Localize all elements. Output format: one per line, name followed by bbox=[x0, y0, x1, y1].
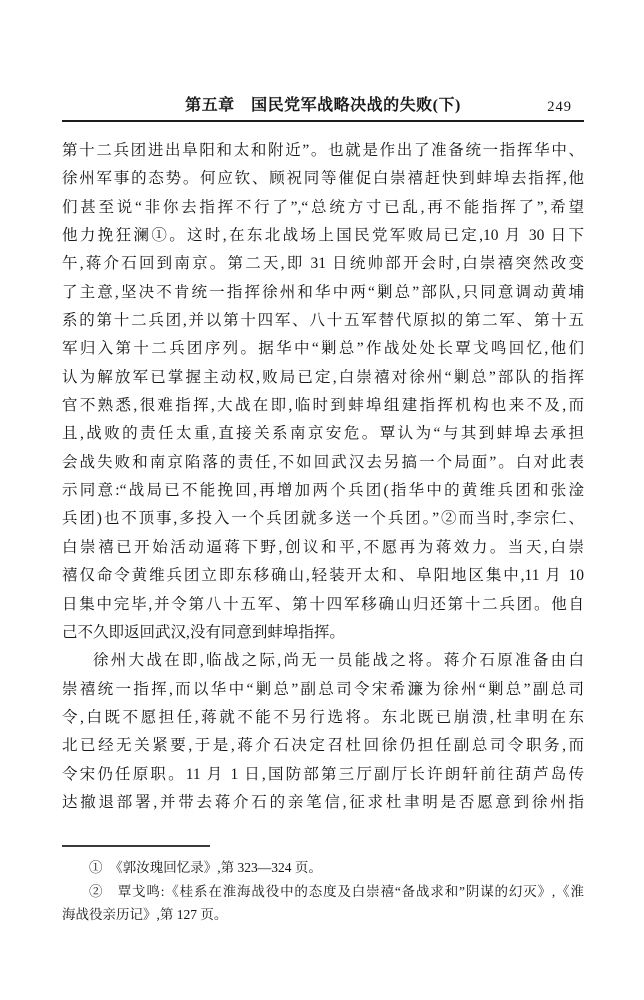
body-line: 第十二兵团进出阜阳和太和附近”。也就是作出了准备统一指挥华中、 bbox=[62, 137, 584, 165]
body-line: 禧仅命令黄维兵团立即东移确山,轻装开太和、阜阳地区集中,11 月 10 bbox=[62, 562, 584, 590]
book-page: 第五章 国民党军战略决战的失败(下) 249 第十二兵团进出阜阳和太和附近”。也… bbox=[0, 0, 644, 1000]
header-rule bbox=[62, 120, 584, 122]
body-line paragraph-end: 己不久即返回武汉,没有同意到蚌埠指挥。 bbox=[62, 619, 584, 647]
chapter-title: 第五章 国民党军战略决战的失败(下) bbox=[62, 94, 584, 118]
body-line: 了主意,坚决不肯统一指挥徐州和华中两“剿总”部队,只同意调动黄埔 bbox=[62, 279, 584, 307]
footnote-line: ② 覃戈鸣:《桂系在淮海战役中的态度及白崇禧“备战求和”阴谋的幻灭》,《淮 bbox=[62, 880, 584, 904]
body-line: 令宋仍任原职。11 月 1 日,国防部第三厅副厅长许朗轩前往葫芦岛传 bbox=[62, 761, 584, 789]
body-line: 示同意:“战局已不能挽回,再增加两个兵团(指华中的黄维兵团和张淦 bbox=[62, 477, 584, 505]
body-line: 达撤退部署,并带去蒋介石的亲笔信,征求杜聿明是否愿意到徐州指 bbox=[62, 789, 584, 817]
body-line: 官不熟悉,很难指挥,大战在即,临时到蚌埠组建指挥机构也来不及,而 bbox=[62, 392, 584, 420]
body-line: 徐州军事的态势。何应钦、顾祝同等催促白崇禧赶快到蚌埠去指挥,他 bbox=[62, 165, 584, 193]
footnotes: ① 《郭汝瑰回忆录》,第 323—324 页。 ② 覃戈鸣:《桂系在淮海战役中的… bbox=[62, 856, 584, 927]
footnote-separator bbox=[62, 845, 210, 847]
body-line: 他力挽狂澜①。这时,在东北战场上国民党军败局已定,10 月 30 日下 bbox=[62, 222, 584, 250]
body-line paragraph-start: 徐州大战在即,临战之际,尚无一员能战之将。蒋介石原准备由白 bbox=[62, 647, 584, 675]
body-line: 令,白既不愿担任,蒋就不能不另行选将。东北既已崩溃,杜聿明在东 bbox=[62, 704, 584, 732]
body-line: 认为解放军已掌握主动权,败局已定,白崇禧对徐州“剿总”部队的指挥 bbox=[62, 364, 584, 392]
body-line: 白崇禧已开始活动逼蒋下野,创议和平,不愿再为蒋效力。当天,白崇 bbox=[62, 534, 584, 562]
page-header: 第五章 国民党军战略决战的失败(下) 249 bbox=[62, 94, 584, 118]
page-number: 249 bbox=[547, 95, 572, 119]
body-line: 午,蒋介石回到南京。第二天,即 31 日统帅部开会时,白崇禧突然改变 bbox=[62, 250, 584, 278]
body-text: 第十二兵团进出阜阳和太和附近”。也就是作出了准备统一指挥华中、 徐州军事的态势。… bbox=[62, 137, 584, 817]
body-line: 们甚至说“非你去指挥不行了”,“总统方寸已乱,再不能指挥了”,希望 bbox=[62, 194, 584, 222]
body-line: 日集中完毕,并令第八十五军、第十四军移确山归还第十二兵团。他自 bbox=[62, 591, 584, 619]
footnote-line: ① 《郭汝瑰回忆录》,第 323—324 页。 bbox=[62, 856, 584, 880]
body-line: 兵团)也不顶事,多投入一个兵团就多送一个兵团。”②而当时,李宗仁、 bbox=[62, 505, 584, 533]
body-line: 系的第十二兵团,并以第十四军、八十五军替代原拟的第二军、第十五 bbox=[62, 307, 584, 335]
body-line: 北已经无关紧要,于是,蒋介石决定召杜回徐仍担任副总司令职务,而 bbox=[62, 732, 584, 760]
body-line: 军归入第十二兵团序列。据华中“剿总”作战处处长覃戈鸣回忆,他们 bbox=[62, 335, 584, 363]
body-line: 崇禧统一指挥,而以华中“剿总”副总司令宋希濂为徐州“剿总”副总司 bbox=[62, 676, 584, 704]
body-line: 且,战败的责任太重,直接关系南京安危。覃认为“与其到蚌埠去承担 bbox=[62, 420, 584, 448]
footnote-line: 海战役亲历记》,第 127 页。 bbox=[62, 903, 584, 927]
body-line: 会战失败和南京陷落的责任,不如回武汉去另搞一个局面”。白对此表 bbox=[62, 449, 584, 477]
